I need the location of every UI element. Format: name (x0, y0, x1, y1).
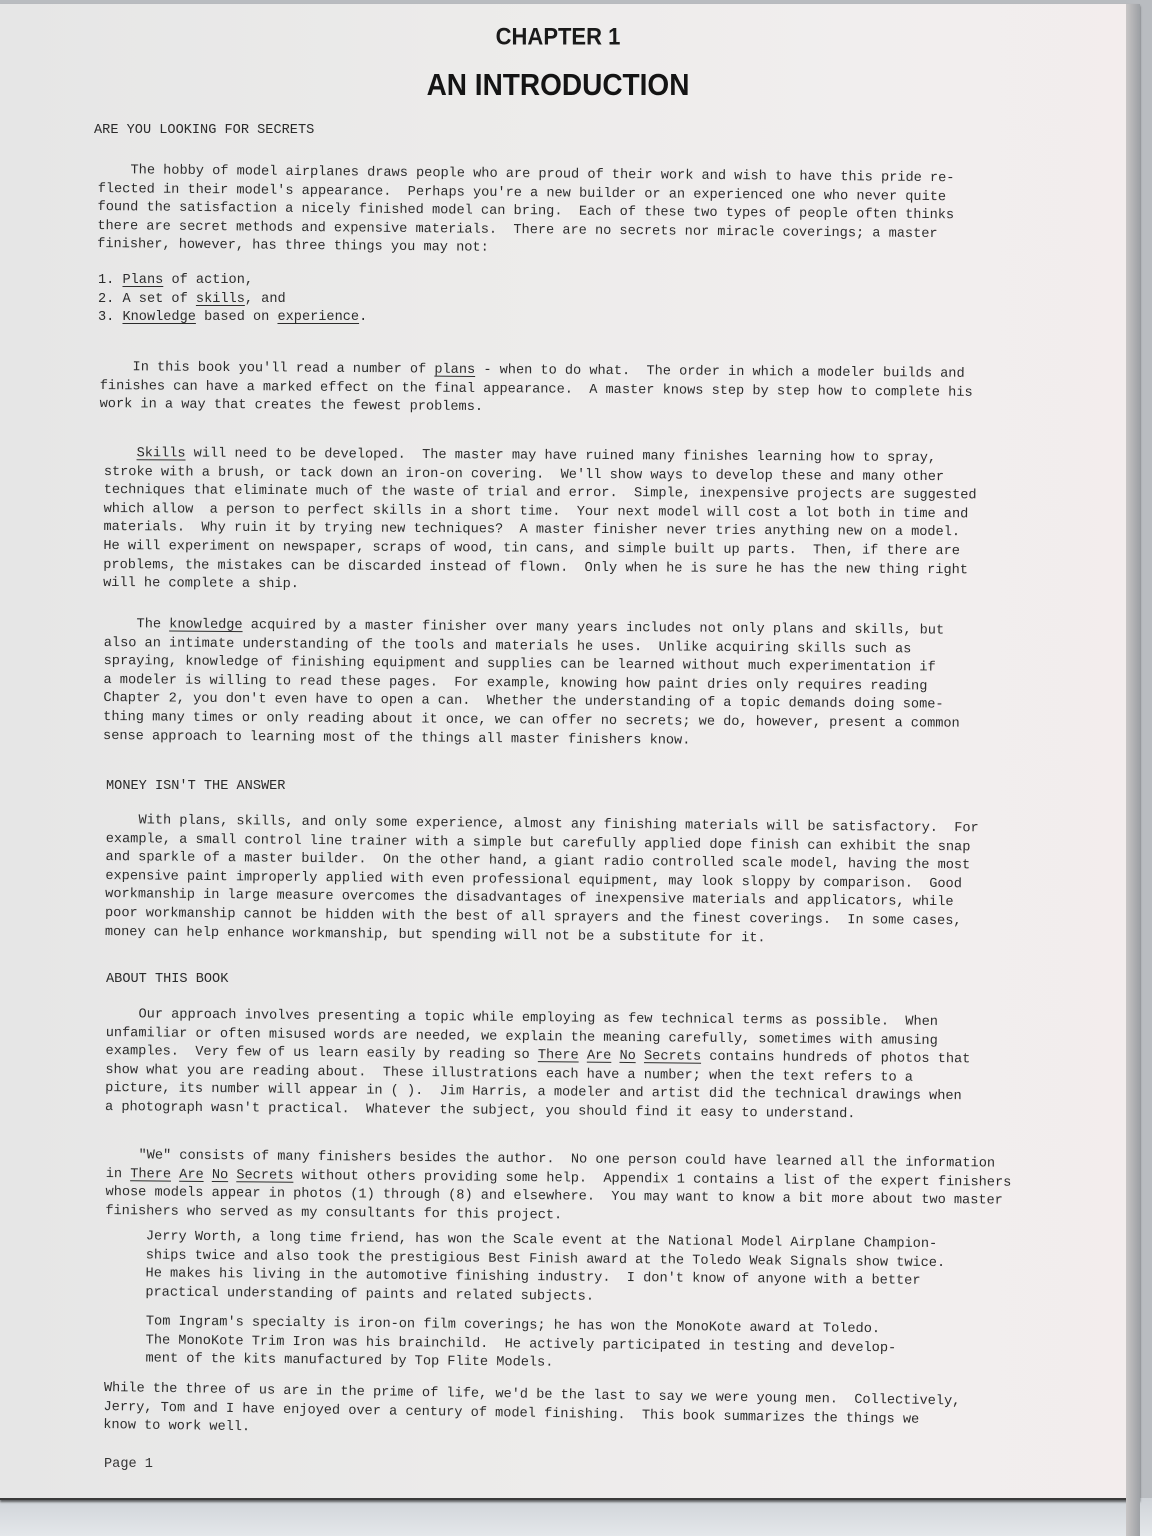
paragraph-tom-ingram: Tom Ingram's specialty is iron-on film c… (101, 1313, 1106, 1379)
section-heading-about: ABOUT THIS BOOK (106, 971, 228, 990)
chapter-title: AN INTRODUCTION (96, 75, 1020, 95)
paragraph-jerry-worth: Jerry Worth, a long time friend, has won… (101, 1228, 1106, 1312)
chapter-number: CHAPTER 1 (96, 27, 1020, 47)
paragraph-knowledge: The knowledge acquired by a master finis… (103, 616, 1064, 754)
page-edge-shadow (1126, 4, 1140, 1536)
paragraph-money: With plans, skills, and only some experi… (105, 812, 1066, 951)
three-things-list: 1. Plans of action, 2. A set of skills, … (98, 272, 367, 328)
background-surface (0, 1498, 1152, 1536)
paragraph-we: "We" consists of many finishers besides … (105, 1147, 1066, 1231)
document-page: CHAPTER 1 AN INTRODUCTION ARE YOU LOOKIN… (0, 4, 1140, 1500)
section-heading-secrets: ARE YOU LOOKING FOR SECRETS (94, 122, 314, 141)
section-heading-money: MONEY ISN'T THE ANSWER (106, 778, 285, 797)
paragraph-skills: Skills will need to be developed. The ma… (103, 445, 1064, 600)
paragraph-intro: The hobby of model airplanes draws peopl… (97, 162, 1058, 264)
paragraph-plans: In this book you'll read a number of pla… (100, 359, 1060, 422)
paragraph-approach: Our approach involves presenting a topic… (105, 1006, 1066, 1127)
list-item: 1. Plans of action, (98, 272, 367, 291)
page-number: Page 1 (104, 1456, 153, 1475)
list-item: 3. Knowledge based on experience. (98, 309, 367, 328)
list-item: 2. A set of skills, and (98, 291, 367, 310)
paragraph-closing: While the three of us are in the prime o… (103, 1380, 1064, 1451)
